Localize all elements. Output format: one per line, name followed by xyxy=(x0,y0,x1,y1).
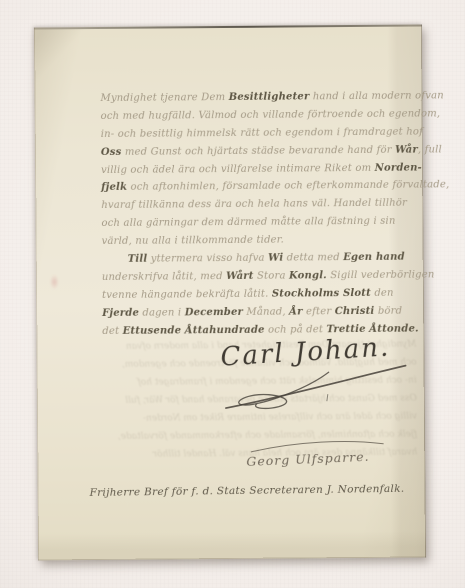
manuscript-text-faint: hvaraf tillkänna dess ära och hela hans … xyxy=(101,198,407,211)
manuscript-text-faint: med Gunst och hjärtats städse bevarande … xyxy=(121,144,395,157)
manuscript-text-faint: och med hugfälld. Välmod och villande fö… xyxy=(101,108,441,122)
manuscript-text-strong: Wår xyxy=(395,144,418,155)
manuscript-text-strong: Till xyxy=(128,254,148,265)
manuscript-text-strong: Christi xyxy=(335,306,375,317)
paper-top-edge xyxy=(34,24,422,29)
manuscript-page: Myndighet tjenare Dem Besittligheter han… xyxy=(34,24,426,560)
manuscript-text-faint: och alla gärningar dem därmed måtte alla… xyxy=(101,216,395,229)
manuscript-text-strong: Fjerde xyxy=(102,307,139,318)
manuscript-text-faint: värld, nu alla i tillkommande tider. xyxy=(102,235,285,247)
manuscript-text-block: Myndighet tjenare Dem Besittligheter han… xyxy=(100,90,450,343)
docket-line: Frijherre Bref för f. d. Stats Secretera… xyxy=(89,483,404,499)
manuscript-text-faint: in- och besittlig himmelsk rätt och egen… xyxy=(101,126,423,140)
manuscript-text-strong: År xyxy=(289,306,303,317)
manuscript-text-strong: December xyxy=(185,307,243,318)
manuscript-text-faint: och på det xyxy=(265,324,327,335)
photo-of-document: Myndighet tjenare Dem Besittligheter han… xyxy=(0,0,465,588)
pink-smudge xyxy=(50,274,59,289)
manuscript-text-faint: och aftonhimlen, församlade och efterkom… xyxy=(127,180,449,194)
manuscript-text-strong: Stockholms Slott xyxy=(272,288,371,300)
manuscript-text-faint: detta med xyxy=(283,252,343,263)
manuscript-text-faint: Myndighet tjenare Dem xyxy=(100,92,228,104)
manuscript-text-faint: Sigill vederbörligen xyxy=(327,269,435,281)
manuscript-text-faint: villig och ädel ära och villfarelse inti… xyxy=(101,162,375,175)
manuscript-text-strong: Oss xyxy=(101,147,122,158)
manuscript-text-strong: Norden- xyxy=(375,162,422,173)
manuscript-text-strong: Wårt xyxy=(226,271,254,282)
manuscript-text-faint: yttermera visso hafva xyxy=(147,253,268,265)
manuscript-text-faint: Stora xyxy=(254,270,289,281)
manuscript-text-strong: Wi xyxy=(268,253,283,264)
signature-flourish xyxy=(217,360,417,417)
manuscript-text-strong: Ettusende Åttahundrade xyxy=(123,324,265,336)
manuscript-text-faint: , full xyxy=(418,144,442,155)
manuscript-text-faint: det xyxy=(102,325,122,336)
manuscript-text-faint: hand i alla modern ofvan xyxy=(309,90,444,102)
manuscript-text-faint: den xyxy=(371,288,394,299)
manuscript-text-strong: fjelk xyxy=(101,182,127,193)
manuscript-text-faint: Månad, xyxy=(243,306,289,317)
manuscript-text-faint: underskrifva låtit, med xyxy=(102,271,226,283)
manuscript-text-strong: Besittligheter xyxy=(229,91,310,103)
manuscript-text-faint: börd xyxy=(374,305,402,316)
manuscript-text-faint: tvenne hängande bekräfta låtit. xyxy=(102,288,272,300)
manuscript-text-faint: efter xyxy=(303,306,335,317)
manuscript-text-strong: Kongl. xyxy=(289,270,327,281)
manuscript-text-strong: Egen hand xyxy=(343,252,405,263)
manuscript-text-faint: dagen i xyxy=(139,307,185,318)
